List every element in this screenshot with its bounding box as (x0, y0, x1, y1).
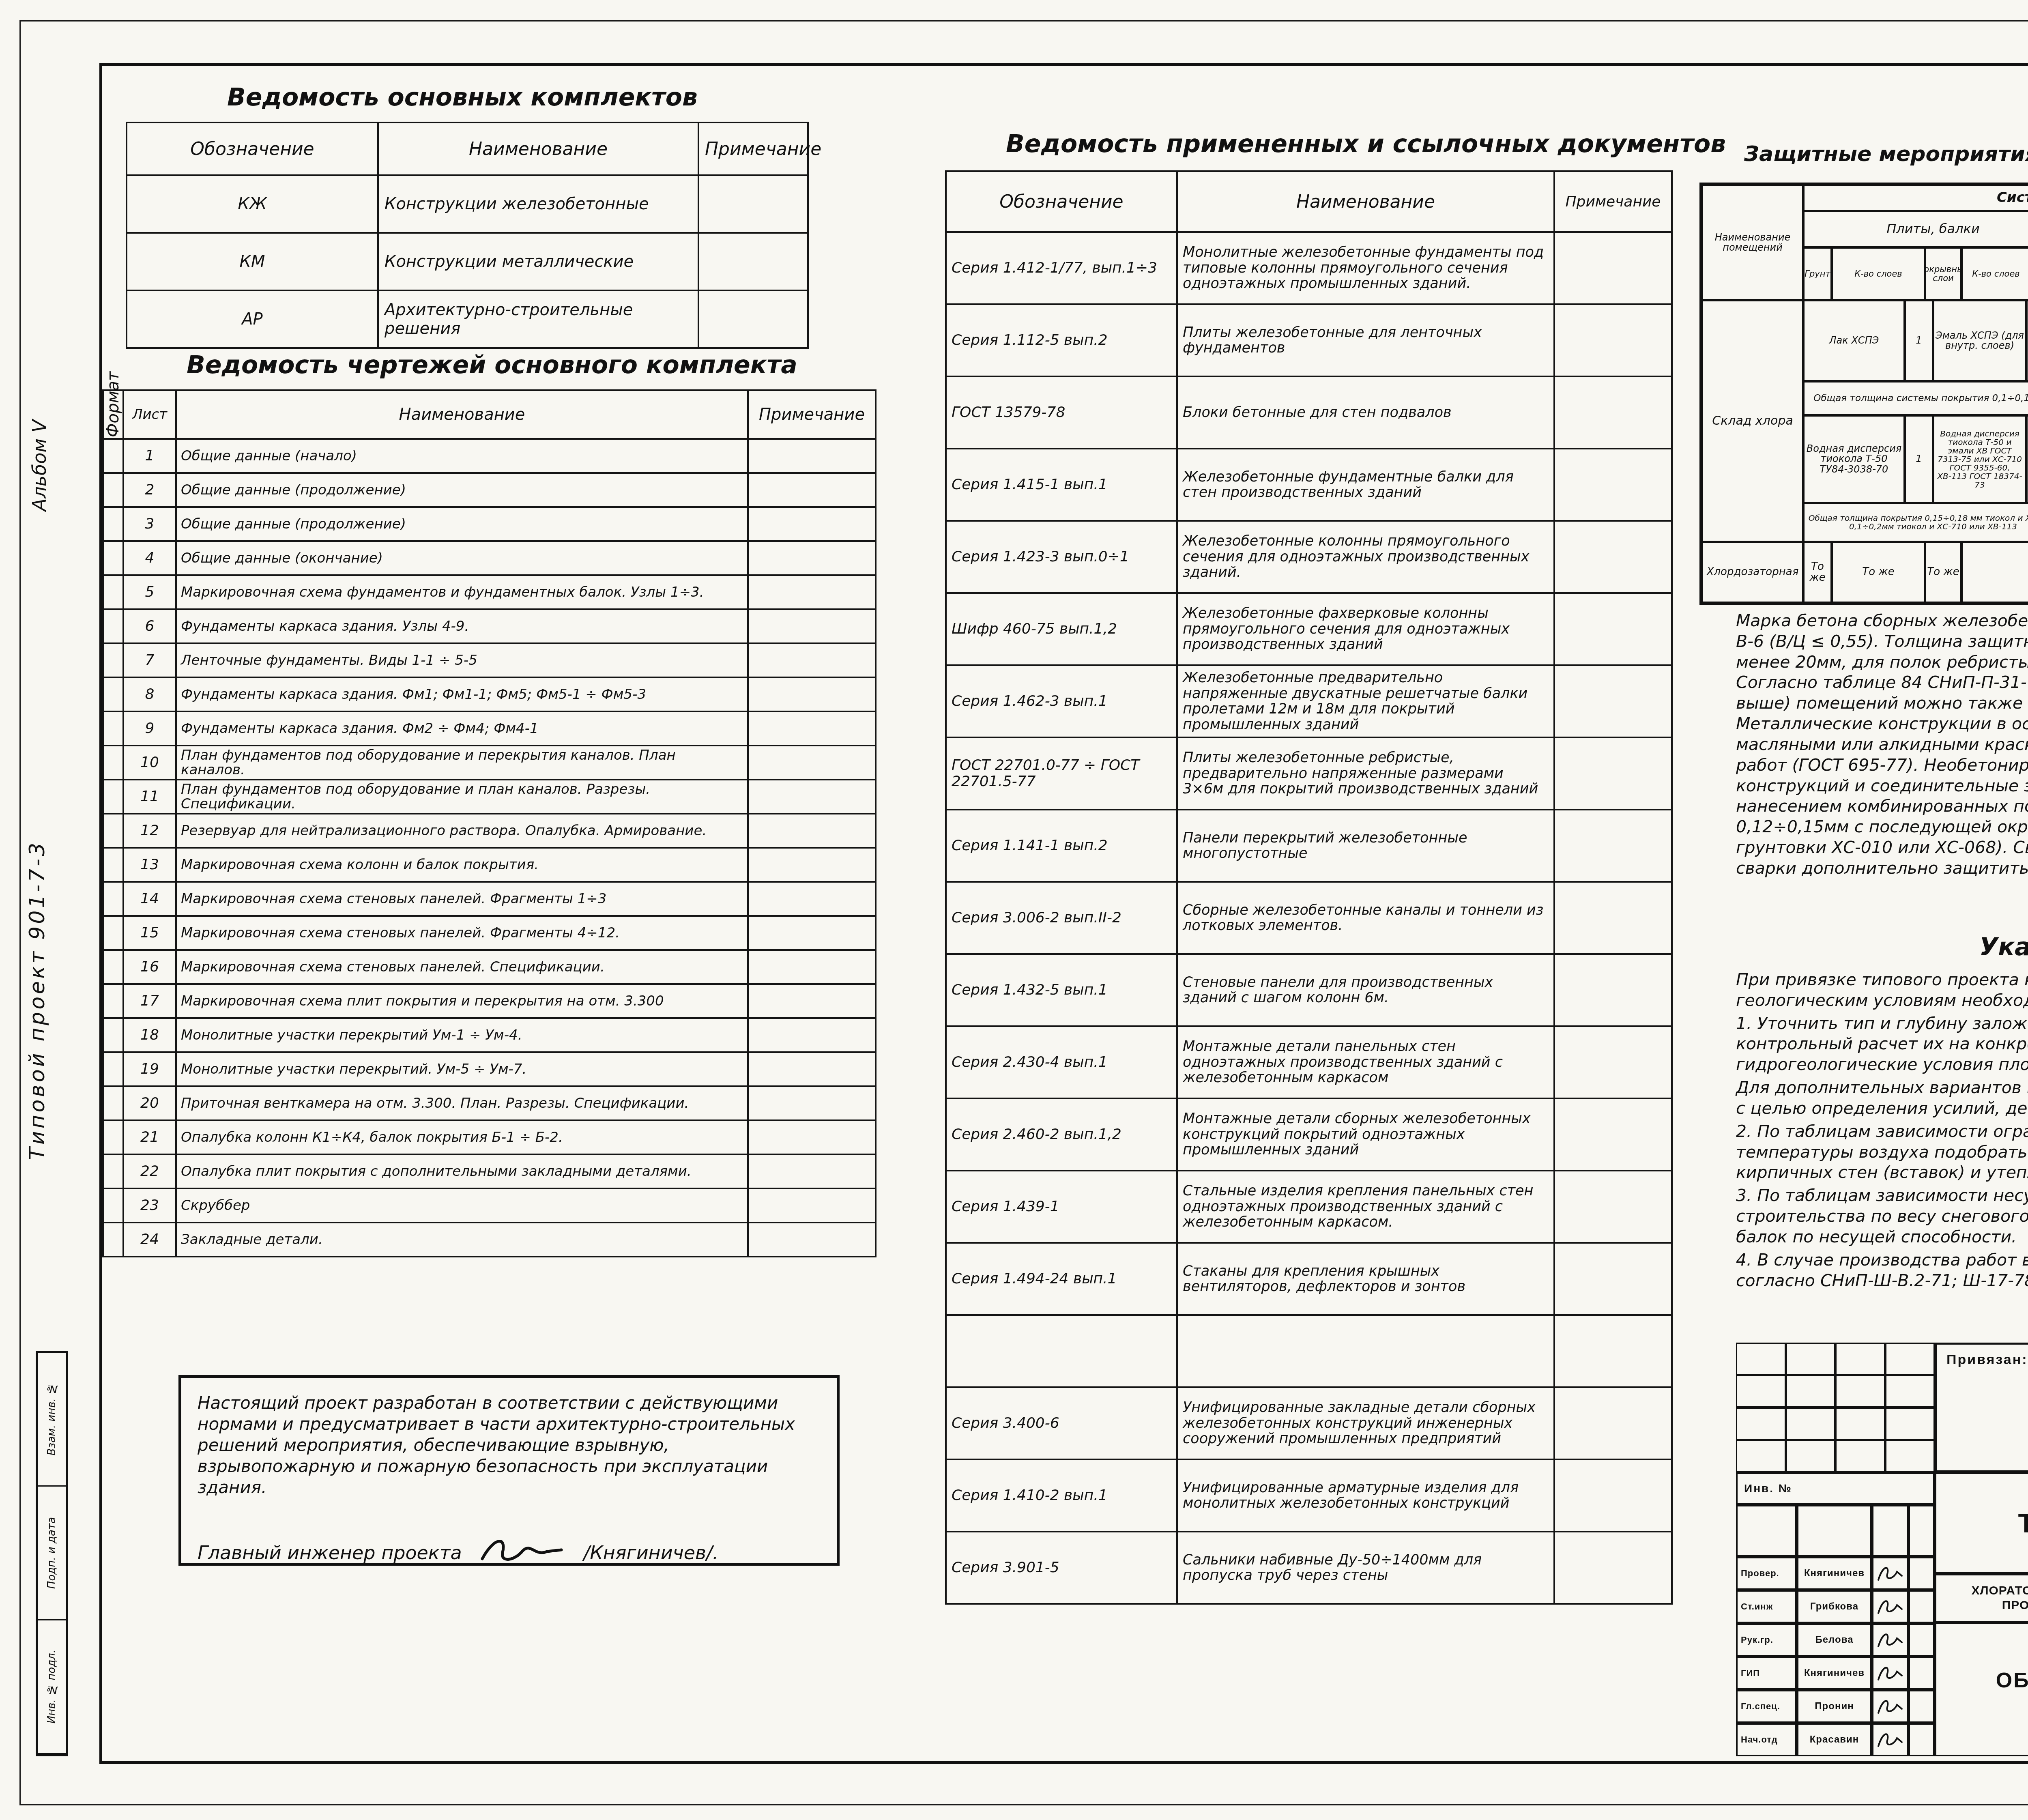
docs-header-note: Примечание (1554, 171, 1672, 232)
inv-number-cell: Инв. № (1736, 1472, 1935, 1505)
sheet-title-line1: Общие данные (1996, 1668, 2028, 1693)
privyazka-paragraph: Для дополнительных вариантов проекта про… (1736, 1077, 2028, 1119)
main-sets-code: АР (127, 290, 378, 348)
sheets-name: Монолитные участки перекрытий Ум-1 ÷ Ум-… (176, 1018, 748, 1052)
sheets-note (748, 677, 876, 711)
signer-role-label: Ст.инж (1741, 1601, 1773, 1612)
docs-name: Сальники набивные Ду-50÷1400мм для пропу… (1177, 1532, 1554, 1604)
main-sets-table: Обозначение Наименование Примечание КЖ К… (126, 122, 809, 349)
signature-icon (1876, 1662, 1904, 1685)
sheets-note (748, 1086, 876, 1120)
docs-code: Серия 3.901-5 (946, 1532, 1177, 1604)
docs-name: Панели перекрытий железобетонные многопу… (1177, 810, 1554, 882)
signer-signature (1872, 1557, 1908, 1590)
sheets-list-number: 17 (123, 984, 176, 1018)
protection-rooms-column: Наименование помещений Склад хлора Хлорд… (1702, 185, 1803, 603)
sheets-name: Приточная венткамера на отм. 3.300. План… (176, 1086, 748, 1120)
docs-note (1554, 1098, 1672, 1171)
docs-row: Серия 1.415-1 вып.1 Железобетонные фунда… (946, 449, 1672, 521)
signer-date-cell (1908, 1557, 1935, 1590)
docs-note (1554, 1243, 1672, 1315)
docs-header-code: Обозначение (946, 171, 1177, 232)
sheets-note (748, 609, 876, 643)
signature-icon (1876, 1595, 1904, 1618)
main-sets-row: КЖ Конструкции железобетонные (127, 175, 808, 233)
signer-name-label: Пронин (1815, 1701, 1854, 1712)
docs-code: Серия 1.410-2 вып.1 (946, 1459, 1177, 1532)
sheets-list-number: 21 (123, 1120, 176, 1154)
sheets-format-cell (103, 643, 123, 677)
sheets-note (748, 1223, 876, 1257)
signer-role-label: Провер. (1741, 1568, 1779, 1579)
title-block-right: Т.П. 901-7-3 КЖ Хлораторная для обеззара… (1935, 1472, 2028, 1756)
stamp-strip-field-label: Инв. № подл. (46, 1650, 58, 1723)
sheets-name: Монолитные участки перекрытий. Ум-5 ÷ Ум… (176, 1052, 748, 1086)
sheets-name: Скруббер (176, 1188, 748, 1223)
plity-note-2: Общая толщина покрытия 0,15÷0,18 мм тиок… (1803, 503, 2028, 542)
sheets-name: Общие данные (окончание) (176, 541, 748, 575)
sheets-header-format: Формат (103, 390, 123, 439)
sheets-format-cell (103, 473, 123, 507)
sheets-name: Фундаменты каркаса здания. Фм1; Фм1-1; Ф… (176, 677, 748, 711)
sheets-name: Маркировочная схема колонн и балок покры… (176, 848, 748, 882)
sheets-note (748, 950, 876, 984)
docs-code: Серия 1.415-1 вып.1 (946, 449, 1177, 521)
docs-note (1554, 449, 1672, 521)
sheets-list-number: 14 (123, 882, 176, 916)
sheets-format-cell (103, 507, 123, 541)
sheets-list-number: 1 (123, 439, 176, 473)
sheets-note (748, 507, 876, 541)
docs-header-name: Наименование (1177, 171, 1554, 232)
sheets-row: 5 Маркировочная схема фундаментов и фунд… (103, 575, 876, 609)
docs-code: Серия 3.006-2 вып.II-2 (946, 882, 1177, 954)
docs-row: Серия 3.006-2 вып.II-2 Сборные железобет… (946, 882, 1672, 954)
docs-name: Монтажные детали панельных стен одноэтаж… (1177, 1026, 1554, 1098)
signer-role: Ст.инж (1736, 1590, 1797, 1623)
stamp-strip-field: Взам. инв. № (38, 1353, 66, 1487)
signer-role: Гл.спец. (1736, 1690, 1797, 1723)
plity-layers: 1 (1905, 300, 1933, 381)
docs-note (1554, 737, 1672, 810)
docs-code: Серия 1.423-3 вып.0÷1 (946, 521, 1177, 593)
privyazka-paragraphs: При привязке типового проекта к конкретн… (1736, 969, 2028, 1293)
docs-note (1554, 1387, 1672, 1459)
sheets-name: Опалубка плит покрытия с дополнительными… (176, 1154, 748, 1188)
sheets-row: 15 Маркировочная схема стеновых панелей.… (103, 916, 876, 950)
docs-row: Серия 1.432-5 вып.1 Стеновые панели для … (946, 954, 1672, 1026)
rooms-header: Наименование помещений (1702, 185, 1803, 300)
sheet-title-cell: Общие данные (начало) (1935, 1622, 2028, 1756)
docs-name: Унифицированные арматурные изделия для м… (1177, 1459, 1554, 1532)
sheets-header-note: Примечание (748, 390, 876, 439)
docs-code: Серия 1.494-24 вып.1 (946, 1243, 1177, 1315)
docs-code: Серия 1.439-1 (946, 1171, 1177, 1243)
plity-cover-layers-2 (2026, 415, 2028, 503)
signer-role-label: Нач.отд (1741, 1734, 1778, 1745)
docs-name: Плиты железобетонные для ленточных фунда… (1177, 304, 1554, 376)
sheets-row: 18 Монолитные участки перекрытий Ум-1 ÷ … (103, 1018, 876, 1052)
sheets-list-number: 3 (123, 507, 176, 541)
sheets-note (748, 882, 876, 916)
sheets-format-cell (103, 1086, 123, 1120)
docs-note (1554, 1532, 1672, 1604)
docs-note (1554, 232, 1672, 304)
sheets-list-number: 18 (123, 1018, 176, 1052)
sheets-list-number: 24 (123, 1223, 176, 1257)
sheets-header-row: Формат Лист Наименование Примечание (103, 390, 876, 439)
sheets-name: Резервуар для нейтрализационного раствор… (176, 814, 748, 848)
main-sets-name: Архитектурно-строительные решения (378, 290, 698, 348)
sheets-name: Опалубка колонн К1÷К4, балок покрытия Б-… (176, 1120, 748, 1154)
sidebar-stamp-strip: Взам. инв. № Подп. и дата Инв. № подл. (36, 1351, 68, 1756)
sheets-format-cell (103, 1223, 123, 1257)
sheets-format-cell (103, 984, 123, 1018)
concrete-note-text: Марка бетона сборных железобетонных бало… (1736, 610, 2028, 879)
docs-row: Серия 1.462-3 вып.1 Железобетонные предв… (946, 665, 1672, 737)
sheets-row: 1 Общие данные (начало) (103, 439, 876, 473)
sheets-title: Ведомость чертежей основного комплекта (187, 351, 797, 379)
room-hlordozatornaya: Хлордозаторная (1702, 542, 1803, 603)
docs-name: Унифицированные закладные детали сборных… (1177, 1387, 1554, 1459)
docs-title: Ведомость примененных и ссылочных докуме… (1006, 130, 1726, 158)
sheets-note (748, 984, 876, 1018)
signer-name: Пронин (1797, 1690, 1872, 1723)
signer-role: Нач.отд (1736, 1723, 1797, 1756)
signer-name-label: Белова (1815, 1634, 1854, 1646)
plity-grunt: Лак ХСПЭ (1803, 300, 1905, 381)
sheets-name: Маркировочная схема стеновых панелей. Фр… (176, 916, 748, 950)
docs-name: Железобетонные фундаментные балки для ст… (1177, 449, 1554, 521)
protection-table: Наименование помещений Склад хлора Хлорд… (1699, 183, 2028, 605)
docs-name: Железобетонные предварительно напряженны… (1177, 665, 1554, 737)
sheets-header-list: Лист (123, 390, 176, 439)
sub-header-cell: К-во слоев (1832, 247, 1925, 300)
signer-row: Провер. Княгиничев (1736, 1557, 1935, 1590)
sheets-name: Общие данные (начало) (176, 439, 748, 473)
sheets-list-number: 8 (123, 677, 176, 711)
main-sets-header-name: Наименование (378, 122, 698, 175)
main-sets-note (698, 233, 808, 290)
sheets-note (748, 643, 876, 677)
object-name-line2: производительностью 12,5 кг товарного хл… (2002, 1598, 2028, 1613)
sheets-note (748, 575, 876, 609)
signer-signature (1872, 1590, 1908, 1623)
sheets-name: Ленточные фундаменты. Виды 1-1 ÷ 5-5 (176, 643, 748, 677)
sheets-note (748, 1188, 876, 1223)
docs-note (1554, 954, 1672, 1026)
docs-row: Серия 3.400-6 Унифицированные закладные … (946, 1387, 1672, 1459)
signer-signature (1872, 1623, 1908, 1657)
sheets-name: План фундаментов под оборудование и пере… (176, 746, 748, 780)
sheets-name: План фундаментов под оборудование и план… (176, 780, 748, 814)
sheets-row: 20 Приточная венткамера на отм. 3.300. П… (103, 1086, 876, 1120)
sheets-note (748, 1018, 876, 1052)
signer-role: ГИП (1736, 1657, 1797, 1690)
sheets-list-number: 20 (123, 1086, 176, 1120)
system-title: Система лакокрасочных покрытий (1803, 185, 2028, 211)
sheets-format-cell (103, 848, 123, 882)
signer-date-cell (1908, 1690, 1935, 1723)
sheets-list-number: 16 (123, 950, 176, 984)
plity-cover-2: Водная дисперсия тиокола Т-50 и эмали ХВ… (1933, 415, 2026, 503)
stamp-strip-field-label: Подп. и дата (46, 1517, 58, 1589)
docs-code: Серия 2.460-2 вып.1,2 (946, 1098, 1177, 1171)
project-code: Т.П. 901-7-3 (2018, 1508, 2028, 1539)
docs-name: Плиты железобетонные ребристые, предвари… (1177, 737, 1554, 810)
plity-cover-layers (2026, 300, 2028, 381)
signature-icon (1876, 1629, 1904, 1651)
sheets-name: Маркировочная схема стеновых панелей. Фр… (176, 882, 748, 916)
docs-row: Серия 2.430-4 вып.1 Монтажные детали пан… (946, 1026, 1672, 1098)
docs-name: Железобетонные колонны прямоугольного се… (1177, 521, 1554, 593)
sheets-row: 9 Фундаменты каркаса здания. Фм2 ÷ Фм4; … (103, 711, 876, 746)
tozhe-cell: То же (1925, 542, 1961, 603)
docs-note (1554, 1026, 1672, 1098)
docs-name: Стальные изделия крепления панельных сте… (1177, 1171, 1554, 1243)
sheets-format-cell (103, 746, 123, 780)
sheets-list-number: 2 (123, 473, 176, 507)
sidebar-project-label: Типовой проект 901-7-3 (25, 552, 49, 1160)
main-sets-header-code: Обозначение (127, 122, 378, 175)
stamp-strip-field: Подп. и дата (38, 1487, 66, 1620)
project-note-text: Настоящий проект разработан в соответств… (198, 1392, 821, 1498)
signer-signature (1872, 1723, 1908, 1756)
docs-note (1554, 1315, 1672, 1387)
plity-note-1: Общая толщина системы покрытия 0,1÷0,15 … (1803, 381, 2028, 415)
sheets-list-number: 15 (123, 916, 176, 950)
inv-number-label: Инв. № (1744, 1482, 1792, 1495)
docs-row: ГОСТ 22701.0-77 ÷ ГОСТ 22701.5-77 Плиты … (946, 737, 1672, 810)
sheets-row: 6 Фундаменты каркаса здания. Узлы 4-9. (103, 609, 876, 643)
signer-signature (1872, 1690, 1908, 1723)
sheets-list-number: 9 (123, 711, 176, 746)
signer-role-label: ГИП (1741, 1668, 1760, 1678)
sheets-row: 19 Монолитные участки перекрытий. Ум-5 ÷… (103, 1052, 876, 1086)
signer-role-label: Гл.спец. (1741, 1701, 1780, 1712)
privyazka-paragraph: При привязке типового проекта к конкретн… (1736, 969, 2028, 1011)
docs-row: Серия 1.141-1 вып.2 Панели перекрытий же… (946, 810, 1672, 882)
docs-row: Серия 1.439-1 Стальные изделия крепления… (946, 1171, 1672, 1243)
sheets-row: 10 План фундаментов под оборудование и п… (103, 746, 876, 780)
main-sets-note (698, 290, 808, 348)
docs-row: Серия 1.410-2 вып.1 Унифицированные арма… (946, 1459, 1672, 1532)
docs-note (1554, 521, 1672, 593)
stamp-strip-field: Инв. № подл. (38, 1620, 66, 1754)
docs-note (1554, 810, 1672, 882)
signer-name: Белова (1797, 1623, 1872, 1657)
sheets-row: 13 Маркировочная схема колонн и балок по… (103, 848, 876, 882)
docs-code: Серия 1.112-5 вып.2 (946, 304, 1177, 376)
sheets-name: Закладные детали. (176, 1223, 748, 1257)
signature-icon (1876, 1728, 1904, 1751)
sheets-format-cell (103, 950, 123, 984)
signer-name-label: Княгиничев (1804, 1568, 1865, 1579)
signer-row: Гл.спец. Пронин (1736, 1690, 1935, 1723)
docs-note (1554, 376, 1672, 449)
docs-row (946, 1315, 1672, 1387)
signer-name-label: Княгиничев (1804, 1667, 1865, 1679)
signature-icon (478, 1534, 567, 1571)
signer-role: Провер. (1736, 1557, 1797, 1590)
sheets-list-number: 12 (123, 814, 176, 848)
main-sets-row: АР Архитектурно-строительные решения (127, 290, 808, 348)
object-name-line1: Хлораторная для обеззараживания питьевых… (1971, 1584, 2028, 1598)
sheets-note (748, 814, 876, 848)
sheets-format-cell (103, 780, 123, 814)
sheets-format-cell (103, 1154, 123, 1188)
docs-row: Серия 1.112-5 вып.2 Плиты железобетонные… (946, 304, 1672, 376)
docs-code: Серия 1.462-3 вып.1 (946, 665, 1177, 737)
title-block-left: Инв. № Провер. Княгиничев (1736, 1472, 1935, 1756)
docs-note (1554, 882, 1672, 954)
docs-note (1554, 304, 1672, 376)
sheets-header-name: Наименование (176, 390, 748, 439)
signer-name-label: Грибкова (1810, 1601, 1858, 1612)
signer-row: ГИП Княгиничев (1736, 1657, 1935, 1690)
docs-code: Серия 3.400-6 (946, 1387, 1177, 1459)
protection-title: Защитные мероприятия при воздействии агр… (1744, 142, 2028, 166)
sub-header-cell: К-во слоев (1961, 247, 2028, 300)
signer-name: Красавин (1797, 1723, 1872, 1756)
signer-row: Нач.отд Красавин (1736, 1723, 1935, 1756)
docs-name (1177, 1315, 1554, 1387)
stamp-strip-field-label: Взам. инв. № (46, 1383, 58, 1456)
revision-grid (1736, 1343, 1935, 1472)
sheets-format-cell (103, 575, 123, 609)
object-name-band: Хлораторная для обеззараживания питьевых… (1935, 1574, 2028, 1622)
signer-signature (1872, 1657, 1908, 1690)
sheets-list-number: 13 (123, 848, 176, 882)
sheets-note (748, 780, 876, 814)
sheets-format-cell (103, 677, 123, 711)
sheets-row: 22 Опалубка плит покрытия с дополнительн… (103, 1154, 876, 1188)
docs-row: Серия 3.901-5 Сальники набивные Ду-50÷14… (946, 1532, 1672, 1604)
docs-table: Обозначение Наименование Примечание Сери… (945, 170, 1673, 1605)
docs-name: Стаканы для крепления крышных вентилятор… (1177, 1243, 1554, 1315)
protection-row-sklad: Лак ХСПЭ 1 Эмаль ХСПЭ (для внутр. слоев)… (1803, 300, 2028, 542)
sheets-name: Общие данные (продолжение) (176, 507, 748, 541)
privyazan-label: Привязан: (1946, 1352, 2028, 1367)
tozhe-cell: То же (1832, 542, 1925, 603)
signer-row: Ст.инж Грибкова (1736, 1590, 1935, 1623)
docs-name: Блоки бетонные для стен подвалов (1177, 376, 1554, 449)
sheets-list-number: 4 (123, 541, 176, 575)
sub-header-cell: Грунт (1803, 247, 1832, 300)
docs-note (1554, 1171, 1672, 1243)
tozhe-cell: То же (1803, 542, 1832, 603)
sheets-name: Фундаменты каркаса здания. Узлы 4-9. (176, 609, 748, 643)
sheets-row: 11 План фундаментов под оборудование и п… (103, 780, 876, 814)
docs-row: Серия 1.423-3 вып.0÷1 Железобетонные кол… (946, 521, 1672, 593)
docs-note (1554, 593, 1672, 665)
sheets-row: 4 Общие данные (окончание) (103, 541, 876, 575)
sheets-name: Маркировочная схема плит покрытия и пере… (176, 984, 748, 1018)
signer-role-label: Рук.гр. (1741, 1635, 1773, 1645)
sheets-format-cell (103, 1018, 123, 1052)
main-sets-code: КМ (127, 233, 378, 290)
tozhe-cell (1961, 542, 2028, 603)
sheets-note (748, 1052, 876, 1086)
docs-name: Сборные железобетонные каналы и тоннели … (1177, 882, 1554, 954)
signer-name-label: Красавин (1810, 1734, 1859, 1745)
sheets-note (748, 439, 876, 473)
room-sklad-hlora: Склад хлора (1702, 300, 1803, 542)
sheets-list-number: 7 (123, 643, 176, 677)
main-sets-code: КЖ (127, 175, 378, 233)
main-sets-header-note: Примечание (698, 122, 808, 175)
sheets-row: 3 Общие данные (продолжение) (103, 507, 876, 541)
sheets-name: Маркировочная схема стеновых панелей. Сп… (176, 950, 748, 984)
sheets-note (748, 746, 876, 780)
sheets-list-number: 5 (123, 575, 176, 609)
sub-header-row: ГрунтК-во слоевПокрывные слоиК-во слоевГ… (1803, 247, 2028, 300)
signer-date-cell (1908, 1623, 1935, 1657)
chief-engineer-label: Главный инженер проекта (198, 1542, 462, 1564)
signer-date-cell (1908, 1657, 1935, 1690)
privyazka-paragraph: 1. Уточнить тип и глубину заложения фунд… (1736, 1013, 2028, 1075)
sheets-list-number: 6 (123, 609, 176, 643)
sheets-format-cell (103, 439, 123, 473)
main-sets-name: Конструкции железобетонные (378, 175, 698, 233)
main-sets-title: Ведомость основных комплектов (227, 83, 698, 112)
plity-layers-2: 1 (1905, 415, 1933, 503)
docs-name: Железобетонные фахверковые колонны прямо… (1177, 593, 1554, 665)
group-plity: Плиты, балки (1803, 211, 2028, 247)
docs-row: Серия 1.494-24 вып.1 Стаканы для креплен… (946, 1243, 1672, 1315)
docs-code: Серия 1.412-1/77, вып.1÷3 (946, 232, 1177, 304)
sheets-row: 12 Резервуар для нейтрализационного раст… (103, 814, 876, 848)
signer-name: Княгиничев (1797, 1657, 1872, 1690)
plity-cover: Эмаль ХСПЭ (для внутр. слоев) (1933, 300, 2026, 381)
docs-name: Монтажные детали сборных железобетонных … (1177, 1098, 1554, 1171)
signature-icon (1876, 1562, 1904, 1585)
docs-header-row: Обозначение Наименование Примечание (946, 171, 1672, 232)
plity-grunt-2: Водная дисперсия тиокола Т-50 ТУ84-3038-… (1803, 415, 1905, 503)
docs-row: Серия 1.412-1/77, вып.1÷3 Монолитные жел… (946, 232, 1672, 304)
docs-note (1554, 665, 1672, 737)
signer-role: Рук.гр. (1736, 1623, 1797, 1657)
docs-name: Стеновые панели для производственных зда… (1177, 954, 1554, 1026)
docs-code: Серия 1.141-1 вып.2 (946, 810, 1177, 882)
sheets-format-cell (103, 814, 123, 848)
sheets-row: 2 Общие данные (продолжение) (103, 473, 876, 507)
sheets-row: 14 Маркировочная схема стеновых панелей.… (103, 882, 876, 916)
sheets-name: Фундаменты каркаса здания. Фм2 ÷ Фм4; Фм… (176, 711, 748, 746)
sheets-note (748, 916, 876, 950)
sheets-format-cell (103, 916, 123, 950)
project-code-band: Т.П. 901-7-3 КЖ (1935, 1472, 2028, 1574)
docs-code: ГОСТ 13579-78 (946, 376, 1177, 449)
sheets-row: 8 Фундаменты каркаса здания. Фм1; Фм1-1;… (103, 677, 876, 711)
sheets-list-number: 23 (123, 1188, 176, 1223)
drawing-sheet: 9 Альбом V Типовой проект 901-7-3 Взам. … (0, 0, 2028, 1820)
sheets-row: 16 Маркировочная схема стеновых панелей.… (103, 950, 876, 984)
sheets-list-number: 11 (123, 780, 176, 814)
sheets-note (748, 1120, 876, 1154)
signer-name: Грибкова (1797, 1590, 1872, 1623)
docs-code (946, 1315, 1177, 1387)
signer-name: Княгиничев (1797, 1557, 1872, 1590)
docs-name: Монолитные железобетонные фундаменты под… (1177, 232, 1554, 304)
sheets-format-cell (103, 1120, 123, 1154)
sheets-note (748, 541, 876, 575)
group-header-row: Плиты, балки Металлические конструкции С… (1803, 211, 2028, 247)
project-note-box: Настоящий проект разработан в соответств… (178, 1375, 840, 1566)
privyazka-paragraph: 4. В случае производства работ в зимнее … (1736, 1250, 2028, 1291)
sub-header-cell: Покрывные слои (1925, 247, 1961, 300)
protection-row-hlordozatornaya: То жеТо жеТо жеТо жеТо жеТо жеТо же До в… (1803, 542, 2028, 603)
